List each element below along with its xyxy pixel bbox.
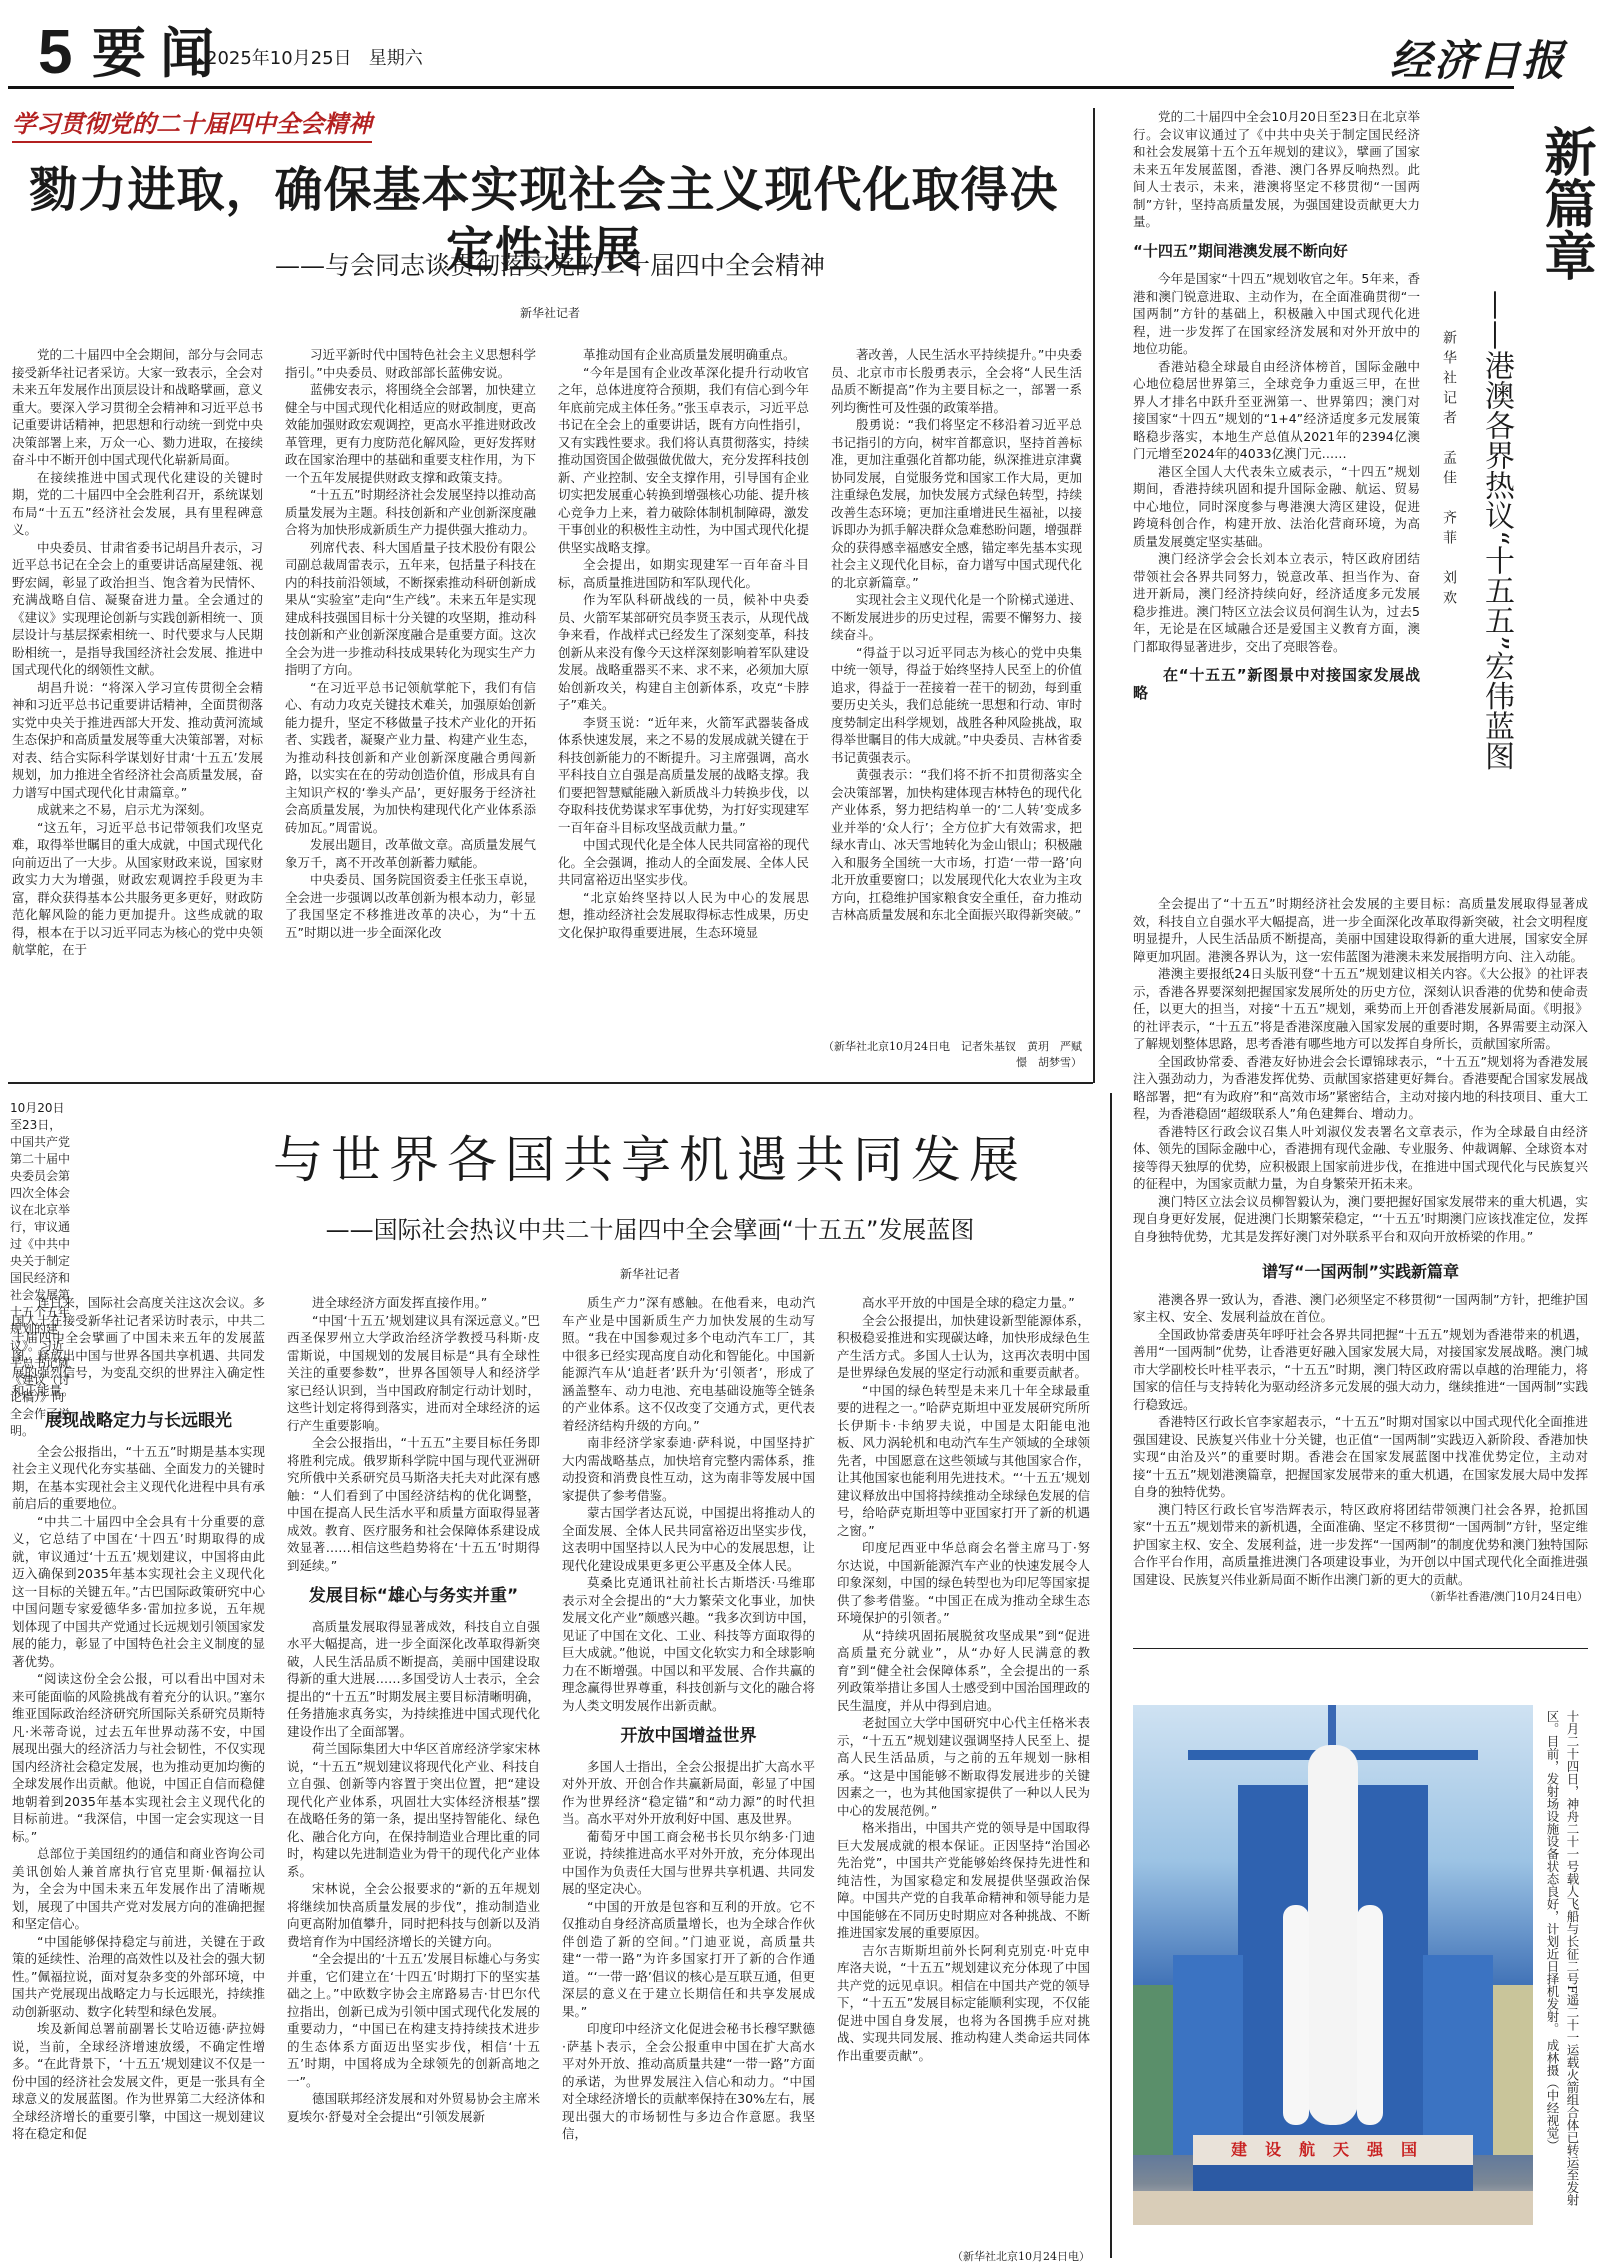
paragraph: 高质量发展取得显著成效，科技自立自强水平大幅提高，进一步全面深化改革取得新突破，…	[287, 1618, 540, 1741]
paragraph: 从“持续巩固拓展脱贫攻坚成果”到“促进高质量充分就业”，从“办好人民满意的教育”…	[837, 1627, 1090, 1715]
paragraph: “中国‘十五五’规划建议具有深远意义。”巴西圣保罗州立大学政治经济学教授马科斯·…	[287, 1312, 540, 1435]
paragraph: 成就来之不易，启示尤为深刻。	[12, 801, 263, 819]
article2-subtitle: ——港澳各界热议“十五五”宏伟蓝图	[1478, 290, 1514, 810]
paragraph: 多国人士指出，全会公报提出扩大高水平对外开放、开创合作共赢新局面，彰显了中国作为…	[562, 1758, 815, 1828]
paragraph: 今年是国家“十四五”规划收官之年。5年来，香港和澳门锐意进取、主动作为，在全面准…	[1133, 270, 1420, 358]
paragraph: 中央委员、甘肃省委书记胡昌升表示，习近平总书记在全会上的重要讲话高屋建瓴、视野宏…	[12, 539, 263, 679]
photo-banner: 建设航天强国	[1203, 2137, 1463, 2160]
paragraph: 埃及新闻总署前副署长艾哈迈德·萨拉姆说，当前，全球经济增速放缓，不确定性增多。“…	[12, 2020, 265, 2143]
paragraph: 香港特区行政会议召集人叶刘淑仪发表署名文章表示，作为全球最自由经济体、领先的国际…	[1133, 1123, 1588, 1193]
text-column: 连日来，国际社会高度关注这次会议。多国人士在接受新华社记者采访时表示，中共二十届…	[12, 1294, 265, 2249]
rocket-launch-photo: 建设航天强国	[1133, 1705, 1533, 2225]
paragraph: 格米指出，中国共产党的领导是中国取得巨大发展成就的根本保证。正因坚持“治国必先治…	[837, 1819, 1090, 1942]
paragraph: “北京始终坚持以人民为中心的发展思想，推动经济社会发展取得标志性成果，历史文化保…	[558, 889, 809, 942]
paragraph: 澳门经济学会会长刘本立表示，特区政府团结带领社会各界共同努力，锐意改革、担当作为…	[1133, 550, 1420, 655]
paragraph: 中央委员、国务院国资委主任张玉卓说，全会进一步强调以改革创新为根本动力，彰显了我…	[285, 871, 536, 941]
paragraph: “今年是国有企业改革深化提升行动收官之年，总体进度符合预期，我们有信心到今年年底…	[558, 364, 809, 557]
paragraph: 党的二十届四中全会期间，部分与会同志接受新华社记者采访。大家一致表示，全会对未来…	[12, 346, 263, 469]
paragraph: 港澳主要报纸24日头版刊登“十五五”规划建议相关内容。《大公报》的社评表示，香港…	[1133, 965, 1588, 1053]
article3-body: 连日来，国际社会高度关注这次会议。多国人士在接受新华社记者采访时表示，中共二十届…	[12, 1294, 1090, 2249]
paragraph: 列席代表、科大国盾量子技术股份有限公司副总裁周雷表示，五年来，包括量子科技在内的…	[285, 539, 536, 679]
paragraph: “阅读这份全会公报，可以看出中国对未来可能面临的风险挑战有着充分的认识。”塞尔维…	[12, 1670, 265, 1845]
paragraph: 作为军队科研战线的一员，候补中央委员、火箭军某部研究员李贤玉表示，从现代战争来看…	[558, 591, 809, 714]
newspaper-logo: 经济日报	[1390, 28, 1566, 88]
paragraph: 在接续推进中国式现代化建设的关键时期，党的二十届四中全会胜利召开，系统谋划布局“…	[12, 469, 263, 539]
paragraph: 全会提出了“十五五”时期经济社会发展的主要目标：高质量发展取得显著成效，科技自立…	[1133, 895, 1588, 965]
article2-section-heading: 谱写“一国两制”实践新篇章	[1133, 1263, 1588, 1281]
paragraph: 连日来，国际社会高度关注这次会议。多国人士在接受新华社记者采访时表示，中共二十届…	[12, 1294, 265, 1399]
article3-headline: 与世界各国共享机遇共同发展	[200, 1130, 1100, 1190]
article1-body: 党的二十届四中全会期间，部分与会同志接受新华社记者采访。大家一致表示，全会对未来…	[12, 346, 1082, 1066]
paragraph: 印度印中经济文化促进会秘书长穆罕默德·萨基卜表示，全会公报重申中国在扩大高水平对…	[562, 2020, 815, 2143]
paragraph: 习近平新时代中国特色社会主义思想科学指引。”中央委员、财政部部长蓝佛安说。	[285, 346, 536, 381]
paragraph: 进全球经济方面发挥直接作用。”	[287, 1294, 540, 1312]
column-divider	[1093, 108, 1095, 1083]
paragraph: 全会公报指出，“十五五”主要目标任务即将胜利完成。俄罗斯科学院中国与现代亚洲研究…	[287, 1434, 540, 1574]
section-divider	[8, 1082, 1093, 1084]
paragraph: 南非经济学家泰迪·萨科说，中国坚持扩大内需战略基点，加快培育完整内需体系，推动投…	[562, 1434, 815, 1504]
section-subhead: 发展目标“雄心与务实并重”	[287, 1588, 540, 1606]
paragraph: 蓝佛安表示，将围绕全会部署，加快建立健全与中国式现代化相适应的财政制度，更高效能…	[285, 381, 536, 486]
paragraph: 港区全国人大代表朱立威表示，“十四五”规划期间，香港持续巩固和提升国际金融、航运…	[1133, 463, 1420, 551]
paragraph: 实现社会主义现代化是一个阶梯式递进、不断发展进步的历史过程，需要不懈努力、接续奋…	[831, 591, 1082, 644]
text-column: 党的二十届四中全会期间，部分与会同志接受新华社记者采访。大家一致表示，全会对未来…	[12, 346, 263, 1066]
paragraph: 葡萄牙中国工商会秘书长贝尔纳多·门迪亚说，持续推进高水平对外开放，充分体现出中国…	[562, 1828, 815, 1898]
text-column: 高水平开放的中国是全球的稳定力量。”全会公报提出，加快建设新型能源体系，积极稳妥…	[837, 1294, 1090, 2249]
paragraph: “十五五”时期经济社会发展坚持以推动高质量发展为主题。科技创新和产业创新深度融合…	[285, 486, 536, 539]
paragraph: “全会提出的‘十五五’发展目标雄心与务实并重，它们建立在‘十四五’时期打下的坚实…	[287, 1950, 540, 2090]
paragraph: 高水平开放的中国是全球的稳定力量。”	[837, 1294, 1090, 1312]
paragraph: 总部位于美国纽约的通信和商业咨询公司美讯创始人兼首席执行官克里斯·佩福拉认为，全…	[12, 1845, 265, 1933]
paragraph: 蒙古国学者达瓦说，中国提出将推动人的全面发展、全体人民共同富裕迈出坚实步伐，这表…	[562, 1504, 815, 1574]
article2-dateline: （新华社香港/澳门10月24日电）	[1133, 1588, 1588, 1606]
paragraph: 莫桑比克通讯社前社长古斯塔沃·马维耶表示对全会提出的“大力繁荣文化事业，加快发展…	[562, 1574, 815, 1714]
text-column: 著改善，人民生活水平持续提升。”中央委员、北京市市长殷勇表示，全会将“人民生活品…	[831, 346, 1082, 1066]
section-subhead: 展现战略定力与长远眼光	[12, 1413, 265, 1431]
text-column: 革推动国有企业高质量发展明确重点。“今年是国有企业改革深化提升行动收官之年，总体…	[558, 346, 809, 1066]
paragraph: 全会公报提出，加快建设新型能源体系，积极稳妥推进和实现碳达峰，加快形成绿色生产生…	[837, 1312, 1090, 1382]
paragraph: 全会提出，如期实现建军一百年奋斗目标，高质量推进国防和军队现代化。	[558, 556, 809, 591]
article2-section-heading: “十四五”期间港澳发展不断向好	[1133, 243, 1420, 261]
weekday: 星期六	[369, 48, 423, 69]
paragraph: 德国联邦经济发展和对外贸易协会主席米夏埃尔·舒曼对全会提出“引领发展新	[287, 2090, 540, 2125]
paragraph: 澳门特区立法会议员柳智毅认为，澳门要把握好国家发展带来的重大机遇，实现自身更好发…	[1133, 1193, 1588, 1246]
text-column: 习近平新时代中国特色社会主义思想科学指引。”中央委员、财政部部长蓝佛安说。蓝佛安…	[285, 346, 536, 1066]
photo-caption: 十月二十四日，神舟二十一号载人飞船与长征二号F遥二十一运载火箭组合体已转运至发射…	[1542, 1710, 1582, 2230]
article1-subtitle: ——与会同志谈贯彻落实党的二十届四中全会精神	[0, 250, 1100, 282]
paragraph: 吉尔吉斯斯坦前外长阿利克别克·叶克申库洛夫说，“十五五”规划建议充分体现了中国共…	[837, 1942, 1090, 2065]
paragraph: 全国政协常委唐英年呼吁社会各界共同把握“十五五”规划为香港带来的机遇，善用“一国…	[1133, 1326, 1588, 1414]
issue-date: 2025年10月25日 星期六	[206, 48, 423, 70]
paragraph: 宋林说，全会公报要求的“新的五年规划将继续加快高质量发展的步伐”，推动制造业向更…	[287, 1880, 540, 1950]
paragraph: 香港站稳全球最自由经济体榜首，国际金融中心地位稳居世界第三，全球竞争力重返三甲，…	[1133, 358, 1420, 463]
article2-section-heading: 在“十五五”新图景中对接国家发展战略	[1133, 667, 1420, 702]
section-subhead: 开放中国增益世界	[562, 1728, 815, 1746]
paragraph: 著改善，人民生活水平持续提升。”中央委员、北京市市长殷勇表示，全会将“人民生活品…	[831, 346, 1082, 416]
article2-section-1: 今年是国家“十四五”规划收官之年。5年来，香港和澳门锐意进取、主动作为，在全面准…	[1133, 270, 1420, 655]
article3-subtitle: ——国际社会热议中共二十届四中全会擘画“十五五”发展蓝图	[200, 1215, 1100, 1245]
paragraph: 质生产力”深有感触。在他看来，电动汽车产业是中国新质生产力加快发展的生动写照。“…	[562, 1294, 815, 1434]
paragraph: 印度尼西亚中华总商会名誉主席马丁·努尔达说，中国新能源汽车产业的快速发展令人印象…	[837, 1539, 1090, 1627]
paragraph: “在习近平总书记领航掌舵下，我们有信心、有动力攻克关键技术难关，加强原始创新能力…	[285, 679, 536, 837]
paragraph: 港澳各界一致认为，香港、澳门必须坚定不移贯彻“一国两制”方针，把维护国家主权、安…	[1133, 1291, 1588, 1326]
photo-credit: 成林摄（中经视觉）	[1545, 2039, 1560, 2152]
paragraph: 全国政协常委、香港友好协进会会长谭锦球表示，“十五五”规划将为香港发展注入强劲动…	[1133, 1053, 1588, 1123]
series-kicker: 学习贯彻党的二十届四中全会精神	[12, 104, 372, 143]
paragraph: 香港特区行政长官李家超表示，“十五五”时期对国家以中国式现代化全面推进强国建设、…	[1133, 1413, 1588, 1501]
text-column: 进全球经济方面发挥直接作用。”“中国‘十五五’规划建议具有深远意义。”巴西圣保罗…	[287, 1294, 540, 2249]
article2-intro-block: 党的二十届四中全会10月20日至23日在北京举行。会议审议通过了《中共中央关于制…	[1133, 108, 1420, 712]
paragraph: 荷兰国际集团大中华区首席经济学家宋林说，“十五五”规划建议将现代化产业、科技自立…	[287, 1740, 540, 1880]
article2-headline: 贡献强国建设 谱写“一国两制”实践新篇章	[1535, 125, 1600, 975]
paragraph: “中共二十届四中全会具有十分重要的意义，它总结了中国在‘十四五’时期取得的成就，…	[12, 1513, 265, 1671]
article3-dateline: （新华社北京10月24日电）	[820, 2248, 1090, 2264]
paragraph: 发展出题目，改革做文章。高质量发展气象万千，离不开改革创新蓄力赋能。	[285, 836, 536, 871]
paragraph: 革推动国有企业高质量发展明确重点。	[558, 346, 809, 364]
paragraph: 胡昌升说：“将深入学习宣传贯彻全会精神和习近平总书记重要讲话精神，全面贯彻落实党…	[12, 679, 263, 802]
article1-byline: 新华社记者	[0, 304, 1100, 321]
page-number: 5	[38, 22, 72, 84]
paragraph: “中国的开放是包容和互利的开放。它不仅推动自身经济高质量增长，也为全球合作伙伴创…	[562, 1898, 815, 2021]
paragraph: 全会公报指出，“十五五”时期是基本实现社会主义现代化夯实基础、全面发力的关键时期…	[12, 1443, 265, 1513]
masthead-rule	[8, 86, 1514, 89]
paragraph: 中国式现代化是全体人民共同富裕的现代化。全会强调，推动人的全面发展、全体人民共同…	[558, 836, 809, 889]
article2-section-2-body: 全会提出了“十五五”时期经济社会发展的主要目标：高质量发展取得显著成效，科技自立…	[1133, 895, 1588, 1606]
article2-intro: 党的二十届四中全会10月20日至23日在北京举行。会议审议通过了《中共中央关于制…	[1133, 108, 1420, 231]
paragraph: 老挝国立大学中国研究中心代主任格米表示，“十五五”规划建议强调坚持人民至上、提高…	[837, 1714, 1090, 1819]
article1-dateline: （新华社北京10月24日电 记者朱基钗 黄玥 严赋憬 胡梦雪）	[820, 1038, 1082, 1070]
text-column: 质生产力”深有感触。在他看来，电动汽车产业是中国新质生产力加快发展的生动写照。“…	[562, 1294, 815, 2249]
paragraph: 黄强表示：“我们将不折不扣贯彻落实全会决策部署，加快构建体现吉林特色的现代化产业…	[831, 766, 1082, 924]
article3-byline: 新华社记者	[200, 1265, 1100, 1282]
date: 2025年10月25日	[206, 48, 352, 69]
photo-divider	[1133, 1648, 1588, 1649]
paragraph: “这五年，习近平总书记带领我们攻坚克难，取得举世瞩目的重大成就，中国式现代化向前…	[12, 819, 263, 959]
paragraph: 殷勇说：“我们将坚定不移沿着习近平总书记指引的方向，树牢首都意识，坚持首善标准，…	[831, 416, 1082, 591]
paragraph: 李贤玉说：“近年来，火箭军武器装备成体系快速发展，来之不易的发展成就关键在于科技…	[558, 714, 809, 837]
article2-byline: 新华社记者 孟佳 齐菲 刘欢	[1440, 330, 1458, 730]
paragraph: 澳门特区行政长官岑浩辉表示，特区政府将团结带领澳门社会各界，抢抓国家“十五五”规…	[1133, 1501, 1588, 1589]
column-divider	[1110, 1093, 1112, 2258]
paragraph: “中国的绿色转型是未来几十年全球最重要的进程之一。”哈萨克斯坦中亚发展研究所所长…	[837, 1382, 1090, 1540]
paragraph: “得益于以习近平同志为核心的党中央集中统一领导，得益于始终坚持人民至上的价值追求…	[831, 644, 1082, 767]
paragraph: “中国能够保持稳定与前进，关键在于政策的延续性、治理的高效性以及社会的强大韧性。…	[12, 1933, 265, 2021]
